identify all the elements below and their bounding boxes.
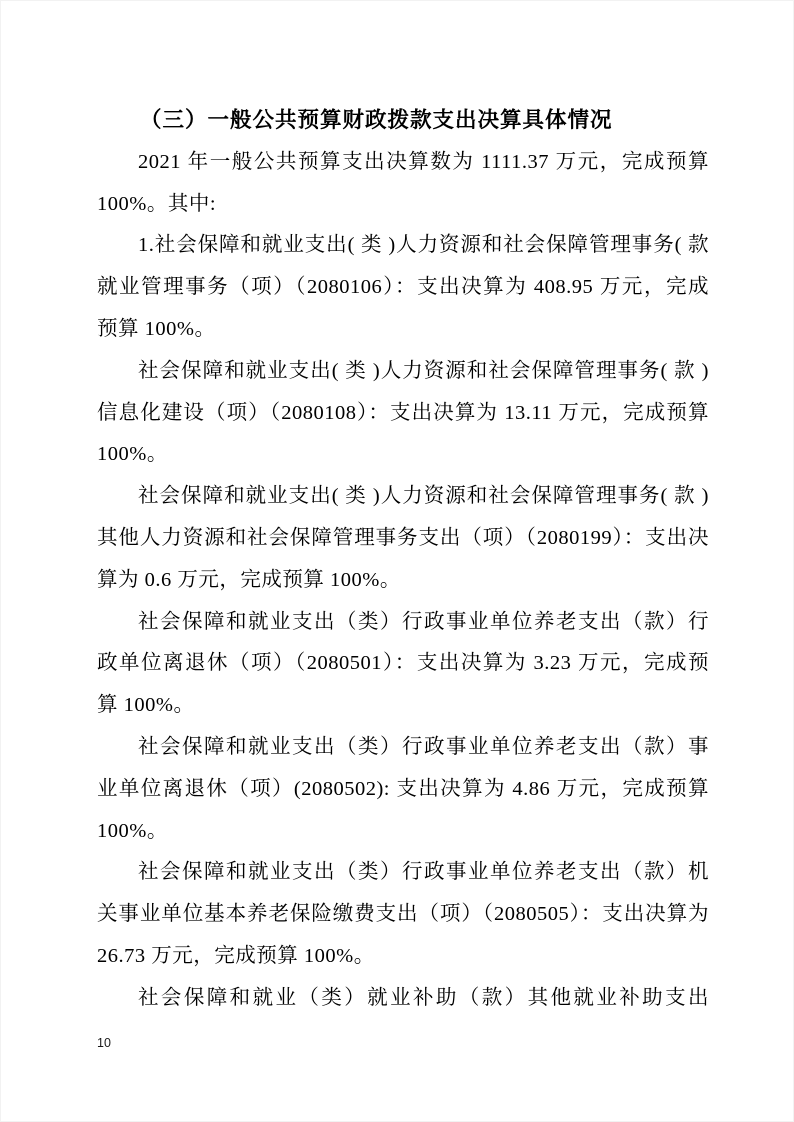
- paragraph-line: 其他人力资源和社会保障管理事务支出（项）（2080199）：支出决: [97, 518, 709, 560]
- paragraph-line: 预算 100%。: [97, 309, 709, 351]
- paragraph-line: 关事业单位基本养老保险缴费支出（项）（2080505）：支出决算为: [97, 894, 709, 936]
- paragraph-line: 100%。: [97, 434, 709, 476]
- paragraph-line: 业单位离退休（项）(2080502): 支出决算为 4.86 万元，完成预算: [97, 769, 709, 811]
- paragraph-budget-total: 2021 年一般公共预算支出决算数为 1111.37 万元，完成预算 100%。…: [97, 142, 709, 226]
- page-number: 10: [97, 1035, 111, 1051]
- paragraph-line: 政单位离退休（项）（2080501）：支出决算为 3.23 万元，完成预: [97, 643, 709, 685]
- paragraph-line: 1.社会保障和就业支出( 类 )人力资源和社会保障管理事务( 款 ): [97, 225, 709, 267]
- paragraph-line: 信息化建设（项）（2080108）：支出决算为 13.11 万元，完成预算: [97, 393, 709, 435]
- paragraph-line: 100%。其中:: [97, 184, 709, 226]
- paragraph-line: 26.73 万元，完成预算 100%。: [97, 936, 709, 978]
- paragraph-line: 社会保障和就业支出（类）行政事业单位养老支出（款）事: [97, 727, 709, 769]
- paragraph-line: 社会保障和就业（类）就业补助（款）其他就业补助支出（项）: [97, 978, 709, 1020]
- paragraph-line: 算 100%。: [97, 685, 709, 727]
- paragraph-item-2080505: 社会保障和就业支出（类）行政事业单位养老支出（款）机 关事业单位基本养老保险缴费…: [97, 852, 709, 977]
- document-page: （三）一般公共预算财政拨款支出决算具体情况 2021 年一般公共预算支出决算数为…: [0, 0, 794, 1122]
- paragraph-item-2080199: 社会保障和就业支出( 类 )人力资源和社会保障管理事务( 款 ) 其他人力资源和…: [97, 476, 709, 601]
- paragraph-line: 社会保障和就业支出（类）行政事业单位养老支出（款）机: [97, 852, 709, 894]
- paragraph-line: 100%。: [97, 811, 709, 853]
- paragraph-line: 社会保障和就业支出( 类 )人力资源和社会保障管理事务( 款 ): [97, 351, 709, 393]
- paragraph-line: 社会保障和就业支出（类）行政事业单位养老支出（款）行: [97, 602, 709, 644]
- paragraph-line: 就业管理事务（项）（2080106）：支出决算为 408.95 万元，完成: [97, 267, 709, 309]
- paragraph-line: 算为 0.6 万元，完成预算 100%。: [97, 560, 709, 602]
- paragraph-item-2080108: 社会保障和就业支出( 类 )人力资源和社会保障管理事务( 款 ) 信息化建设（项…: [97, 351, 709, 476]
- document-body: （三）一般公共预算财政拨款支出决算具体情况 2021 年一般公共预算支出决算数为…: [97, 100, 709, 1020]
- paragraph-employment-subsidy: 社会保障和就业（类）就业补助（款）其他就业补助支出（项）: [97, 978, 709, 1020]
- section-heading: （三）一般公共预算财政拨款支出决算具体情况: [97, 100, 709, 142]
- paragraph-line: 2021 年一般公共预算支出决算数为 1111.37 万元，完成预算: [97, 142, 709, 184]
- paragraph-item-2080501: 社会保障和就业支出（类）行政事业单位养老支出（款）行 政单位离退休（项）（208…: [97, 602, 709, 727]
- paragraph-item-2080106: 1.社会保障和就业支出( 类 )人力资源和社会保障管理事务( 款 ) 就业管理事…: [97, 225, 709, 350]
- paragraph-item-2080502: 社会保障和就业支出（类）行政事业单位养老支出（款）事 业单位离退休（项）(208…: [97, 727, 709, 852]
- paragraph-line: 社会保障和就业支出( 类 )人力资源和社会保障管理事务( 款 ): [97, 476, 709, 518]
